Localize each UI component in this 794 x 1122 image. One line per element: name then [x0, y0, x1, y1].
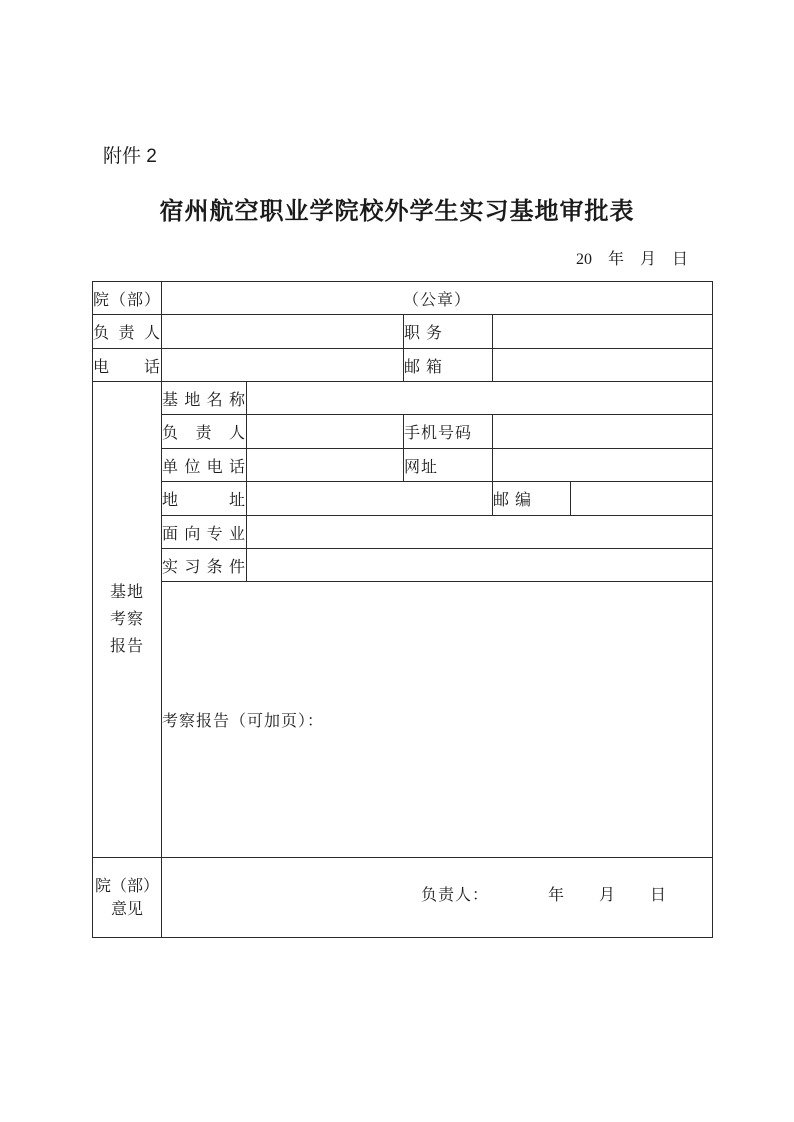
report-label: 考察报告（可加页）：	[162, 713, 324, 730]
conditions-value-cell	[247, 549, 713, 582]
report-cell: 考察报告（可加页）：	[162, 582, 713, 858]
base-name-value-cell	[247, 382, 713, 415]
duty-label-cell: 职 务	[404, 315, 493, 349]
head-value-cell	[162, 315, 404, 349]
sign-date-blanks: 年 月 日	[548, 882, 667, 905]
phone-label-cell: 电 话	[93, 349, 162, 382]
base-section-line: 基地	[93, 579, 161, 606]
address-label-cell: 地 址	[162, 482, 247, 516]
table-row: 电 话 邮 箱	[93, 349, 713, 382]
document-page: 附件 2 宿州航空职业学院校外学生实习基地审批表 20 年 月 日 院（部） （…	[0, 0, 794, 1122]
table-row: 院（部） （公章）	[93, 282, 713, 315]
signature-line: 负责人： 年 月 日	[162, 882, 712, 914]
phone-value-cell	[162, 349, 404, 382]
website-label-cell: 网址	[404, 449, 493, 482]
zip-value-cell	[571, 482, 713, 516]
attachment-label: 附件 2	[103, 144, 157, 170]
conditions-label-cell: 实习条件	[162, 549, 247, 582]
table-row: 面向专业	[93, 516, 713, 549]
table-row: 院（部） 意见 负责人： 年 月 日	[93, 858, 713, 938]
head-label-cell: 负 责 人	[93, 315, 162, 349]
mobile-label-cell: 手机号码	[404, 415, 493, 449]
opinion-header-cell: 院（部） 意见	[93, 858, 162, 938]
base-name-label-cell: 基地名称	[162, 382, 247, 415]
dept-label-cell: 院（部）	[93, 282, 162, 315]
majors-label-cell: 面向专业	[162, 516, 247, 549]
page-title: 宿州航空职业学院校外学生实习基地审批表	[0, 196, 794, 228]
duty-value-cell	[493, 315, 713, 349]
approval-table: 院（部） （公章） 负 责 人 职 务 电 话 邮 箱 基地 考察 报告 基地名…	[92, 281, 713, 938]
table-row: 地 址 邮 编	[93, 482, 713, 516]
majors-value-cell	[247, 516, 713, 549]
unit-phone-value-cell	[247, 449, 404, 482]
opinion-header-line: 院（部）	[93, 875, 161, 898]
table-row: 考察报告（可加页）：	[93, 582, 713, 858]
date-line: 20 年 月 日	[92, 249, 712, 271]
unit-phone-label-cell: 单位电话	[162, 449, 247, 482]
base-section-header-cell: 基地 考察 报告	[93, 382, 162, 858]
base-section-line: 报告	[93, 633, 161, 660]
table-row: 单位电话 网址	[93, 449, 713, 482]
opinion-header-line: 意见	[93, 898, 161, 921]
table-row: 负 责 人 手机号码	[93, 415, 713, 449]
opinion-content-cell: 负责人： 年 月 日	[162, 858, 713, 938]
table-row: 基地 考察 报告 基地名称	[93, 382, 713, 415]
email-label-cell: 邮 箱	[404, 349, 493, 382]
base-head-label-cell: 负 责 人	[162, 415, 247, 449]
table-row: 负 责 人 职 务	[93, 315, 713, 349]
approver-label: 负责人：	[421, 882, 489, 905]
mobile-value-cell	[493, 415, 713, 449]
seal-cell: （公章）	[162, 282, 713, 315]
address-value-cell	[247, 482, 493, 516]
zip-label-cell: 邮 编	[493, 482, 571, 516]
table-row: 实习条件	[93, 549, 713, 582]
website-value-cell	[493, 449, 713, 482]
base-head-value-cell	[247, 415, 404, 449]
base-section-line: 考察	[93, 606, 161, 633]
email-value-cell	[493, 349, 713, 382]
